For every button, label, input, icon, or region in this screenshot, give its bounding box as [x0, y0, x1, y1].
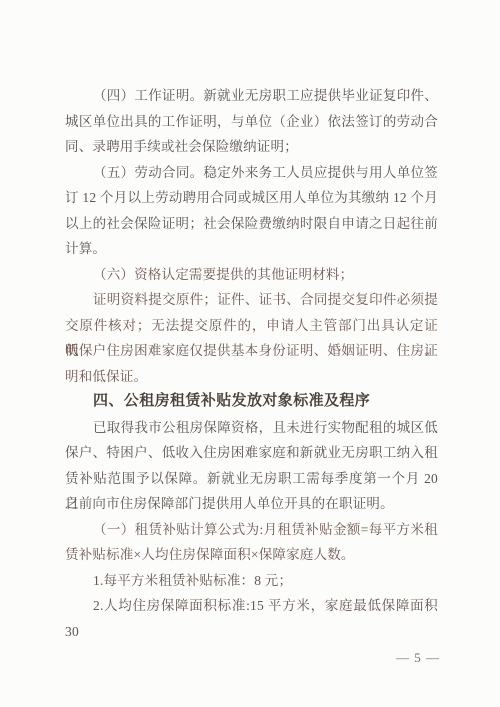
document-line: 已取得我市公租房保障资格，且未进行实物配租的城区低: [65, 415, 438, 441]
document-line: 保户、特困户、低收入住房困难家庭和新就业无房职工纳入租: [65, 440, 438, 466]
document-line: 城区单位出具的工作证明，与单位（企业）依法签订的劳动合: [65, 109, 438, 135]
document-line: （六）资格认定需要提供的其他证明材料；: [65, 262, 438, 288]
document-line: （四）工作证明。新就业无房职工应提供毕业证复印件、: [65, 83, 438, 109]
document-line: 低保户住房困难家庭仅提供基本身份证明、婚姻证明、住房证: [65, 338, 438, 364]
section-heading: 四、公租房租赁补贴发放对象标准及程序: [65, 389, 438, 415]
document-line: 1.每平方米租赁补贴标准：8 元；: [65, 568, 438, 594]
scanned-document-page: （四）工作证明。新就业无房职工应提供毕业证复印件、 城区单位出具的工作证明，与单…: [0, 0, 500, 707]
document-line: 证明资料提交原件；证件、证书、合同提交复印件必须提: [65, 287, 438, 313]
document-line: （一）租赁补贴计算公式为:月租赁补贴金额=每平方米租: [65, 517, 438, 543]
document-line: 同、录聘用手续或社会保险缴纳证明；: [65, 134, 438, 160]
document-line: （五）劳动合同。稳定外来务工人员应提供与用人单位签: [65, 160, 438, 186]
document-line: 赁补贴范围予以保障。新就业无房职工需每季度第一个月 20 日: [65, 466, 438, 492]
document-line: 赁补贴标准×人均住房保障面积×保障家庭人数。: [65, 542, 438, 568]
document-body: （四）工作证明。新就业无房职工应提供毕业证复印件、 城区单位出具的工作证明，与单…: [65, 83, 438, 619]
document-line: 2.人均住房保障面积标准:15 平方米，家庭最低保障面积 30: [65, 593, 438, 619]
document-line: 交原件核对；无法提交原件的，申请人主管部门出具认定证明。: [65, 313, 438, 339]
document-line: 订 12 个月以上劳动聘用合同或城区用人单位为其缴纳 12 个月: [65, 185, 438, 211]
document-line: 明和低保证。: [65, 364, 438, 390]
page-number: — 5 —: [396, 650, 440, 666]
document-line: 以上的社会保险证明；社会保险费缴纳时限自申请之日起往前: [65, 211, 438, 237]
document-line: 计算。: [65, 236, 438, 262]
document-line: 之前向市住房保障部门提供用人单位开具的在职证明。: [65, 491, 438, 517]
